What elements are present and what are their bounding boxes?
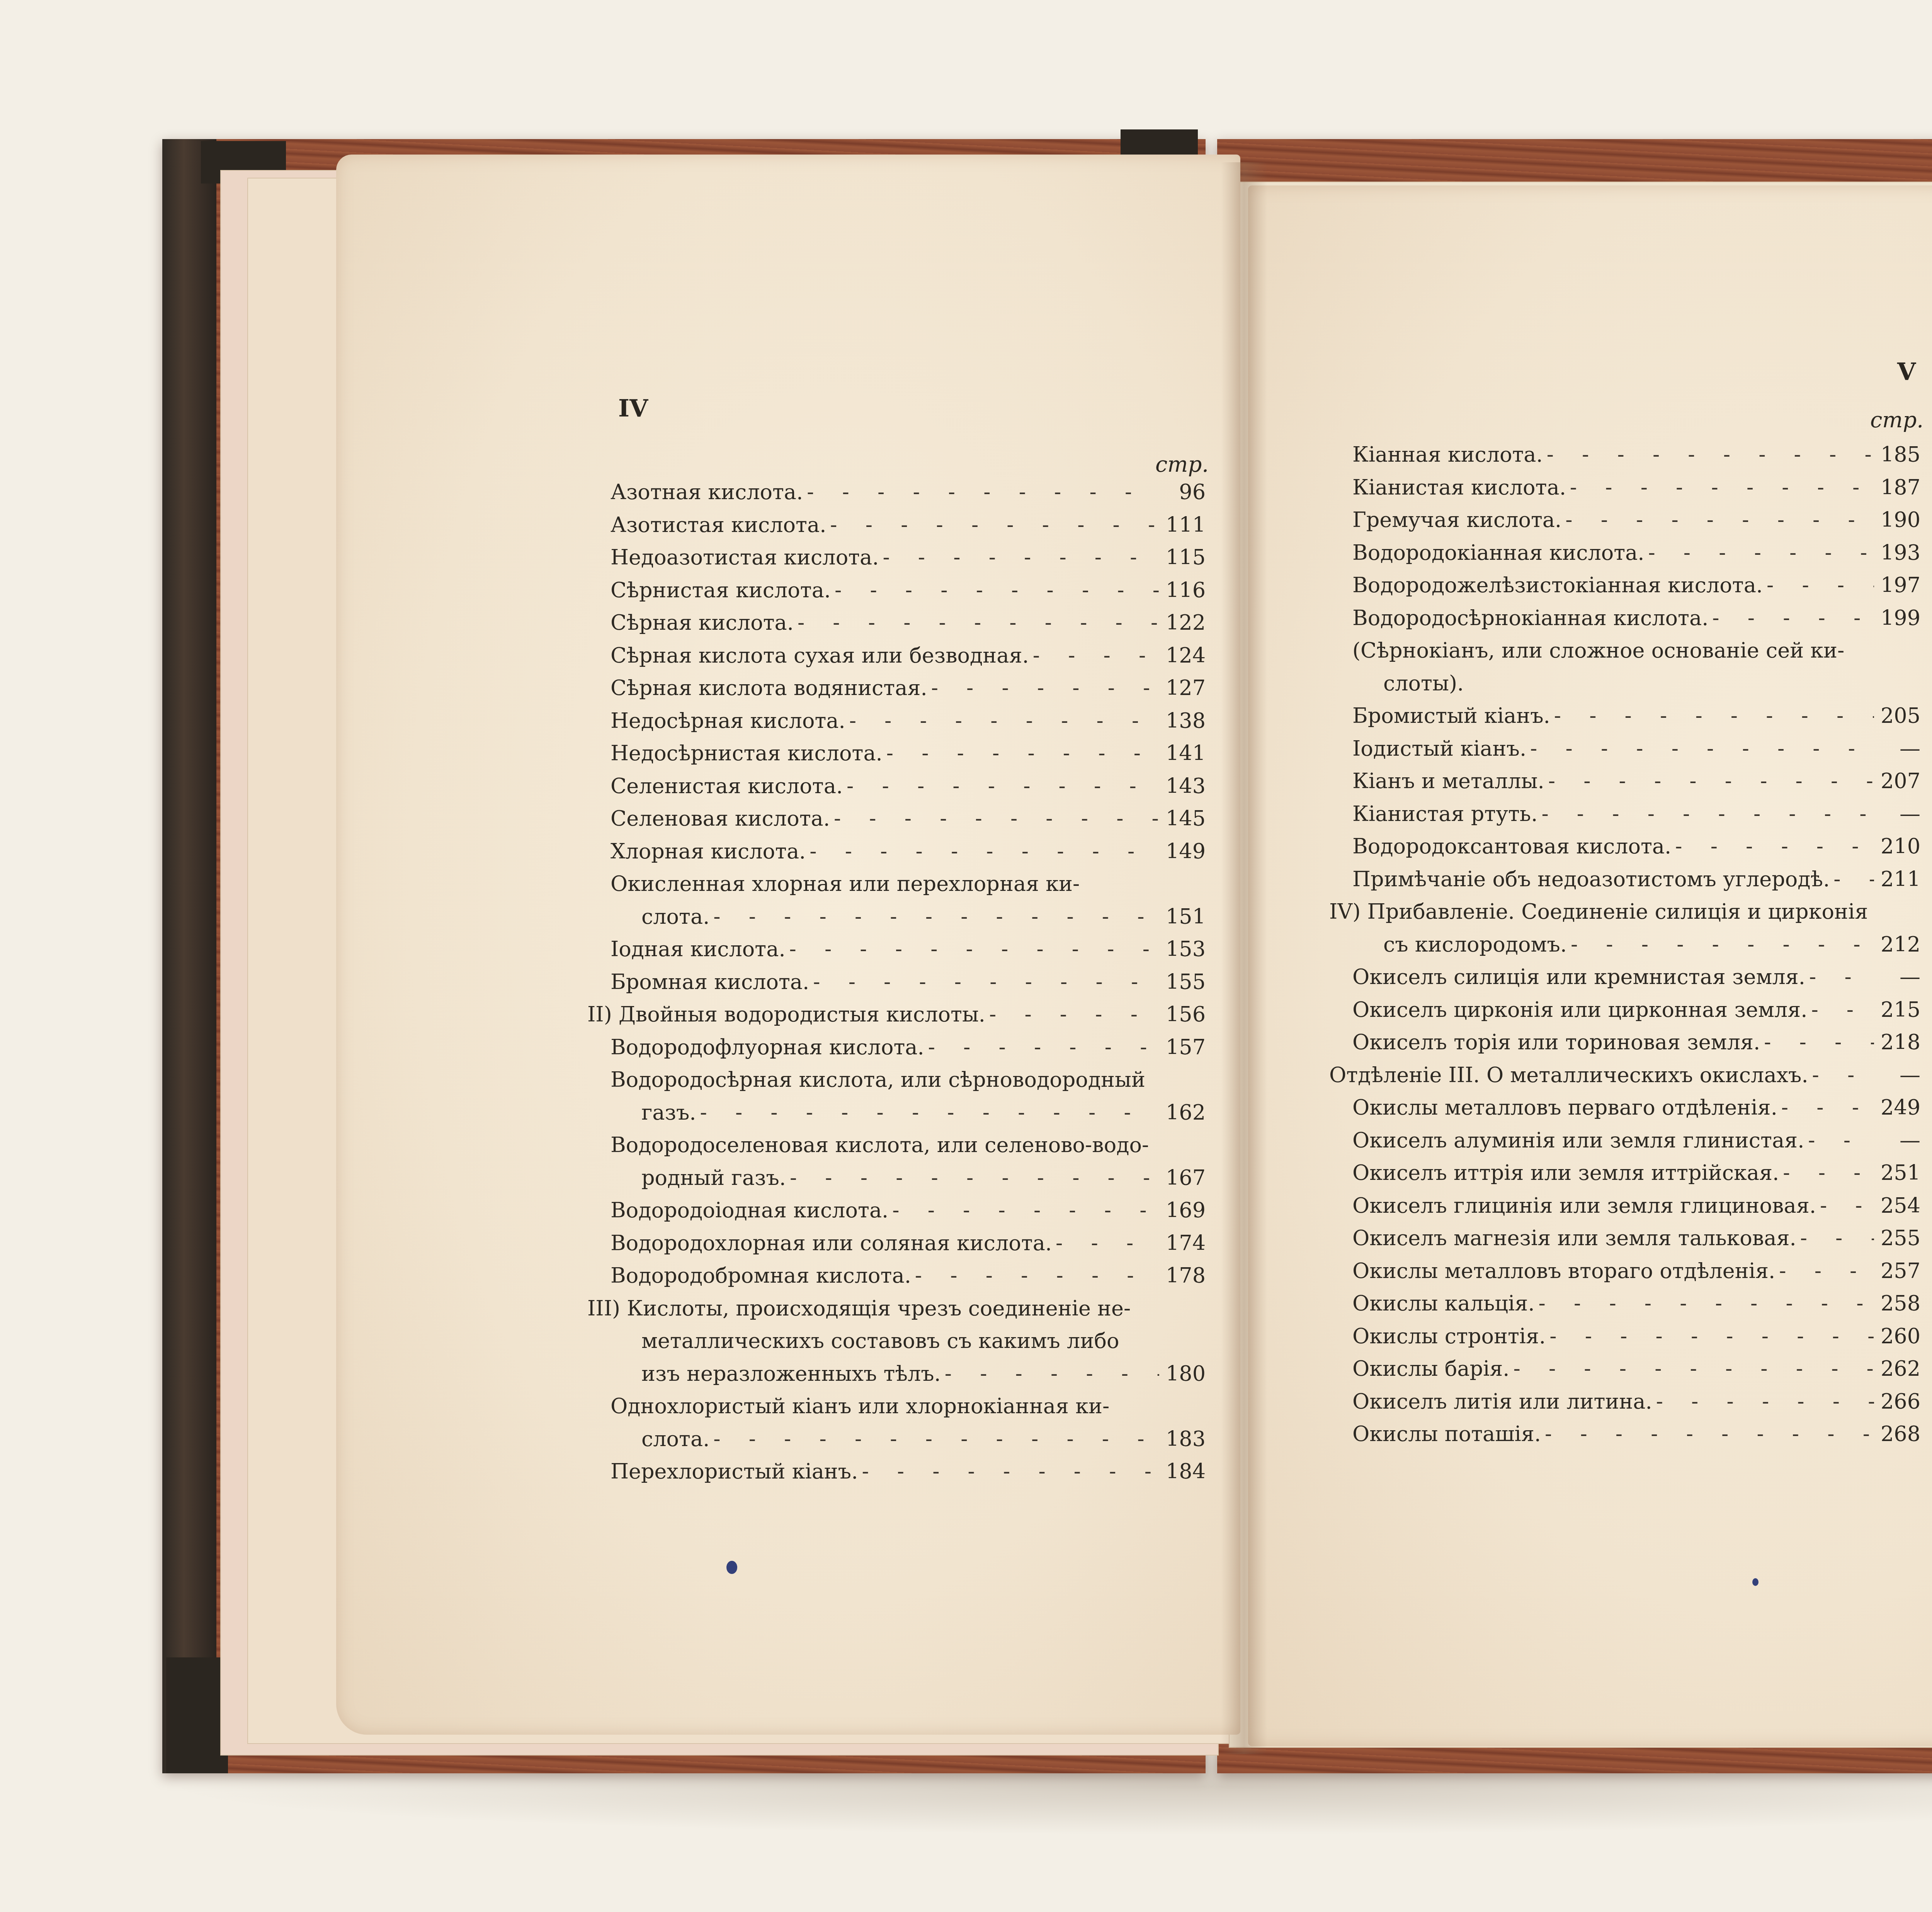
- toc-entry: Бромистый кіанъ.205: [1352, 700, 1920, 733]
- toc-entry: Окислы поташія.268: [1352, 1418, 1920, 1451]
- toc-entry: Водородофлуорная кислота.157: [611, 1031, 1206, 1064]
- toc-entry: Недосѣрнистая кислота.141: [611, 737, 1206, 770]
- toc-entry: Однохлористый кіанъ или хлорнокіанная ки…: [611, 1390, 1206, 1423]
- toc-entry: Перехлористый кіанъ.184: [611, 1455, 1206, 1488]
- toc-entry: Окиселъ торія или ториновая земля.218: [1352, 1026, 1920, 1059]
- toc-section-heading: IV) Прибавленіе. Соединеніе силиція и ци…: [1329, 896, 1920, 928]
- toc-section-heading: II) Двойныя водородистыя кислоты.156: [587, 998, 1206, 1031]
- toc-entry: (Сѣрнокіанъ, или сложное основаніе сей к…: [1352, 634, 1920, 667]
- toc-entry: Примѣчаніе объ недоазотистомъ углеродѣ.2…: [1352, 863, 1920, 896]
- toc-entry: Окиселъ силиція или кремнистая земля.—: [1352, 961, 1920, 994]
- toc-entry: Окиселъ иттрія или земля иттрійская.251: [1352, 1157, 1920, 1190]
- toc-entry: Сѣрная кислота сухая или безводная.124: [611, 639, 1206, 672]
- toc-entry-continuation: металлическихъ составовъ съ какимъ либо: [611, 1325, 1206, 1358]
- toc-left: Азотная кислота.96 Азотистая кислота.111…: [611, 476, 1206, 1488]
- toc-entry: Водородосѣрнокіанная кислота.199: [1352, 602, 1920, 635]
- toc-entry: Недосѣрная кислота.138: [611, 705, 1206, 738]
- toc-entry: Водородоіодная кислота.169: [611, 1194, 1206, 1227]
- toc-entry-continuation: родный газъ.167: [611, 1162, 1206, 1195]
- toc-entry: Окислы барія.262: [1352, 1353, 1920, 1385]
- toc-entry: Окиселъ алуминія или земля глинистая.—: [1352, 1124, 1920, 1157]
- toc-entry: Водородоселеновая кислота, или селеново-…: [611, 1129, 1206, 1162]
- book-gutter: [1221, 162, 1267, 1754]
- toc-entry: Кіанистая кислота.187: [1352, 471, 1920, 504]
- toc-entry: Недоазотистая кислота.115: [611, 541, 1206, 574]
- toc-entry: Окислы стронтія.260: [1352, 1320, 1920, 1353]
- toc-entry: Іодная кислота.153: [611, 933, 1206, 966]
- toc-entry: Азотистая кислота.111: [611, 509, 1206, 542]
- toc-entry-continuation: слота.183: [611, 1423, 1206, 1456]
- ink-spot: [726, 1561, 737, 1574]
- toc-entry: Окислы кальція.258: [1352, 1287, 1920, 1320]
- toc-right: Кіанная кислота.185 Кіанистая кислота.18…: [1352, 438, 1920, 1451]
- toc-entry: Водородосѣрная кислота, или сѣрноводород…: [611, 1064, 1206, 1096]
- toc-entry: Кіанная кислота.185: [1352, 438, 1920, 471]
- toc-entry-continuation: слота.151: [611, 901, 1206, 933]
- toc-entry: Гремучая кислота.190: [1352, 504, 1920, 537]
- toc-section-heading: Отдѣленіе III. О металлическихъ окислахъ…: [1329, 1059, 1920, 1092]
- toc-entry-continuation: слоты).: [1352, 667, 1920, 700]
- toc-entry: Водородобромная кислота.178: [611, 1259, 1206, 1292]
- toc-entry: Іодистый кіанъ.—: [1352, 733, 1920, 765]
- toc-entry: Окислы металловъ втораго отдѣленія.257: [1352, 1255, 1920, 1288]
- toc-entry: Окиселъ глицинія или земля глициновая.25…: [1352, 1190, 1920, 1222]
- toc-entry: Сѣрная кислота водянистая.127: [611, 672, 1206, 705]
- toc-entry: Бромная кислота.155: [611, 966, 1206, 999]
- toc-entry: Селеновая кислота.145: [611, 802, 1206, 835]
- toc-entry: Окиселъ литія или литина.266: [1352, 1385, 1920, 1418]
- page-column-header-left: стр.: [1155, 452, 1209, 477]
- page-number-right: V: [1897, 357, 1916, 386]
- page-column-header-right: стр.: [1870, 408, 1923, 433]
- page-number-left: IV: [618, 394, 648, 422]
- toc-entry: Водородокіанная кислота.193: [1352, 537, 1920, 569]
- toc-entry: Азотная кислота.96: [611, 476, 1206, 509]
- toc-entry: Водородоксантовая кислота.210: [1352, 830, 1920, 863]
- toc-entry: Окислы металловъ перваго отдѣленія.249: [1352, 1091, 1920, 1124]
- toc-entry-continuation: газъ.162: [611, 1096, 1206, 1129]
- toc-entry: Окиселъ цирконія или цирконная земля.215: [1352, 994, 1920, 1027]
- toc-entry: Селенистая кислота.143: [611, 770, 1206, 803]
- cover-spine-edge: [162, 139, 216, 1773]
- cover-corner-bottom-left: [166, 1657, 228, 1773]
- toc-entry: Хлорная кислота.149: [611, 835, 1206, 868]
- toc-entry: Кіанъ и металлы.207: [1352, 765, 1920, 798]
- toc-entry: Водородохлорная или соляная кислота.174: [611, 1227, 1206, 1260]
- toc-entry-continuation: съ кислородомъ.212: [1352, 928, 1920, 961]
- toc-entry: Кіанистая ртуть.—: [1352, 798, 1920, 831]
- toc-entry: Сѣрная кислота.122: [611, 607, 1206, 639]
- toc-entry: Водородожелѣзистокіанная кислота.197: [1352, 569, 1920, 602]
- toc-entry: Окиселъ магнезія или земля тальковая.255: [1352, 1222, 1920, 1255]
- toc-section-heading: III) Кислоты, происходящія чрезъ соедине…: [587, 1292, 1206, 1325]
- toc-entry-continuation: изъ неразложенныхъ тѣлъ.180: [611, 1358, 1206, 1390]
- toc-entry: Сѣрнистая кислота.116: [611, 574, 1206, 607]
- ink-spot: [1752, 1578, 1759, 1586]
- toc-entry: Окисленная хлорная или перехлорная ки-: [611, 868, 1206, 901]
